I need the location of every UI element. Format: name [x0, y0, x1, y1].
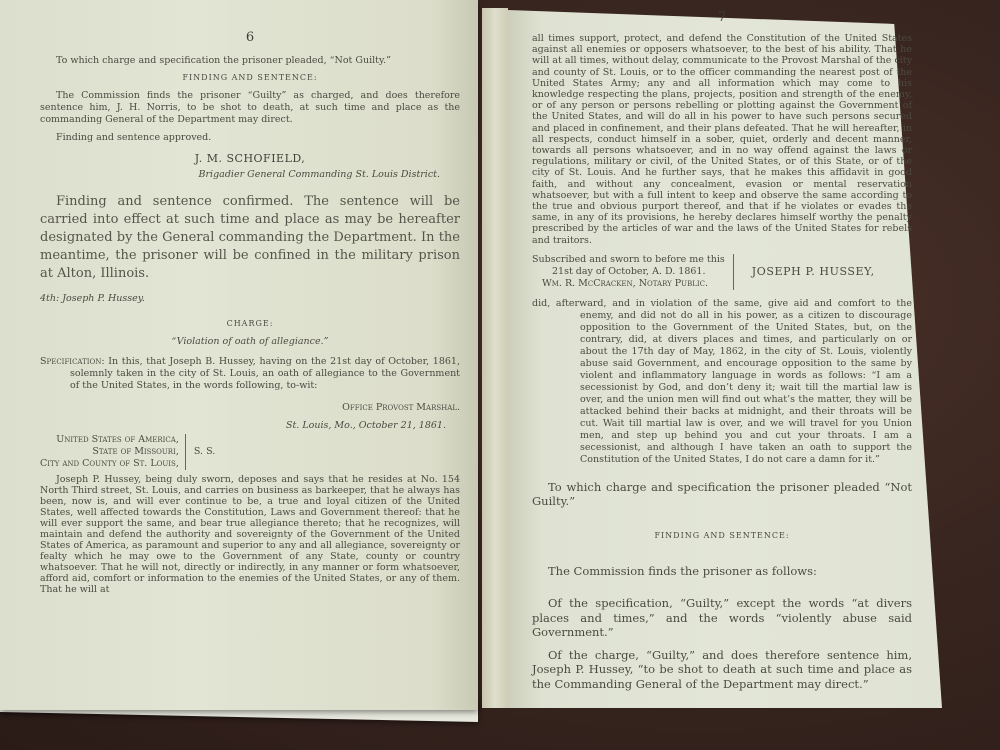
- oath-continued: all times support, protect, and defend t…: [532, 33, 912, 246]
- page-gutter: [482, 8, 508, 708]
- finding-text: The Commission finds the prisoner “Guilt…: [40, 90, 460, 126]
- confirmation-text: Finding and sentence confirmed. The sent…: [40, 193, 460, 283]
- finding-heading: FINDING AND SENTENCE:: [532, 531, 912, 540]
- jurisdiction-line: City and County of St. Louis,: [40, 458, 179, 470]
- jurisdiction-label: S. S.: [186, 446, 215, 458]
- jurisdiction-line: United States of America,: [40, 434, 179, 446]
- case-label: 4th: Joseph P. Hussey.: [40, 293, 460, 305]
- subscribed-block: Subscribed and sworn to before me this 2…: [532, 254, 912, 290]
- right-page-content: 7 all times support, protect, and defend…: [532, 20, 912, 699]
- plea-line: To which charge and specification the pr…: [532, 480, 912, 509]
- violation-text: did, afterward, and in violation of the …: [532, 298, 912, 466]
- specification-label: Specification:: [40, 356, 105, 367]
- jurisdiction-lines: United States of America, State of Misso…: [40, 434, 186, 470]
- page-number: 6: [40, 30, 460, 45]
- subscribed-line: Subscribed and sworn to before me this: [532, 254, 725, 266]
- left-page-content: 6 To which charge and specification the …: [40, 20, 460, 601]
- jurisdiction-block: United States of America, State of Misso…: [40, 434, 460, 470]
- finding-charge: Of the charge, “Guilty,” and does theref…: [532, 648, 912, 692]
- signature-name: J. M. SCHOFIELD,: [40, 152, 460, 165]
- signature-title: Brigadier General Commanding St. Louis D…: [40, 169, 460, 181]
- subscribed-line: 21st day of October, A. D. 1861.: [532, 266, 725, 278]
- signatory-name: JOSEPH P. HUSSEY,: [734, 266, 875, 278]
- jurisdiction-line: State of Missouri,: [40, 446, 179, 458]
- charge-text: “Violation of oath of allegiance.”: [40, 336, 460, 348]
- finding-intro: The Commission finds the prisoner as fol…: [532, 564, 912, 579]
- specification: Specification: In this, that Joseph B. H…: [40, 356, 460, 392]
- finding-specification: Of the specification, “Guilty,” except t…: [532, 596, 912, 640]
- oath-text: Joseph P. Hussey, being duly sworn, depo…: [40, 474, 460, 595]
- office-dateline: St. Louis, Mo., October 21, 1861.: [40, 420, 460, 432]
- specification-text: In this, that Joseph B. Hussey, having o…: [70, 356, 460, 391]
- office-heading: Office Provost Marshal.: [40, 402, 460, 414]
- approved-line: Finding and sentence approved.: [40, 132, 460, 144]
- page-number: 7: [532, 10, 912, 25]
- subscribed-lines: Subscribed and sworn to before me this 2…: [532, 254, 734, 290]
- plea-line: To which charge and specification the pr…: [40, 55, 460, 67]
- finding-heading: FINDING AND SENTENCE:: [40, 73, 460, 82]
- subscribed-line: Wm. R. McCracken, Notary Public.: [532, 278, 725, 290]
- charge-heading: CHARGE:: [40, 319, 460, 328]
